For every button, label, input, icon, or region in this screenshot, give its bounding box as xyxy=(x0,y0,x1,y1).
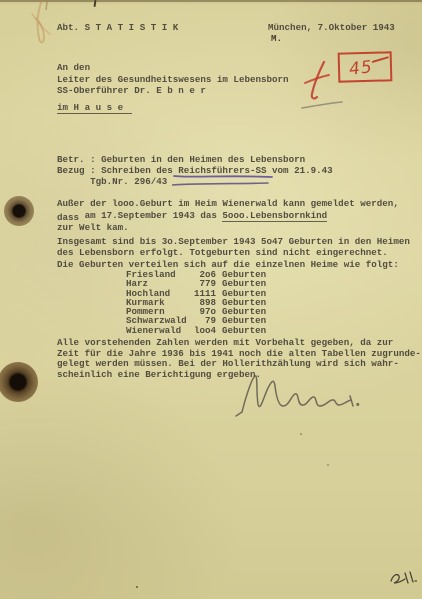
body-p2-line1: Insgesamt sind bis 3o.September 1943 5o4… xyxy=(57,236,410,247)
closing-line1: Alle vorstehenden Zahlen werden mit Vorb… xyxy=(57,337,393,348)
signature xyxy=(228,366,368,422)
recipient-line-4: im H a u s e xyxy=(57,102,132,113)
birth-unit: Geburten xyxy=(222,326,266,335)
paper-speck xyxy=(300,433,302,435)
closing-line2: Zeit für die Jahre 1936 bis 1941 noch di… xyxy=(57,348,421,359)
recipient-line-1: An den xyxy=(57,62,90,73)
births-table: Friesland 2o6 Geburten Harz 779 Geburten… xyxy=(126,270,266,335)
recipient-line-2: Leiter des Gesundheitswesens im Lebensbo… xyxy=(57,74,289,85)
bezug-pre: Bezug : Schreiben des xyxy=(57,165,178,176)
body-p1-line2: dass am 17.September 1943 das 5ooo.Leben… xyxy=(57,210,327,221)
red-checkmark-annotation xyxy=(300,60,334,102)
subject-betr-line: Betr. : Geburten in den Heimen des Leben… xyxy=(57,154,305,165)
table-row: Wienerwald loo4 Geburten xyxy=(126,326,266,335)
body-p1-line3: zur Welt kam. xyxy=(57,222,129,233)
body-p1-line1: Außer der looo.Geburt im Heim Wienerwald… xyxy=(57,198,399,209)
department-label: Abt. S T A T I S T I K xyxy=(57,22,178,33)
pencil-line-annotation xyxy=(298,98,344,110)
punch-hole-bottom xyxy=(0,362,38,402)
scanned-letter-page: Abt. S T A T I S T I K München, 7.Oktobe… xyxy=(0,0,422,599)
paper-speck xyxy=(94,0,97,7)
ink-note-annotation xyxy=(388,564,420,592)
stamp-number: 45 xyxy=(348,57,374,80)
punch-hole-top xyxy=(4,196,34,226)
typist-initial: M. xyxy=(271,33,282,44)
subject-tgb-line: Tgb.Nr. 296/43 xyxy=(57,176,167,187)
home-name: Wienerwald xyxy=(126,326,188,335)
recipient-line-3: SS-Oberführer Dr. E b n e r xyxy=(57,85,206,96)
bezug-post: vom 21.9.43 xyxy=(267,165,333,176)
place-date-line: München, 7.Oktober 1943 xyxy=(268,22,395,33)
body-p2-line2: des Lebensborn erfolgt. Totgeburten sind… xyxy=(57,247,388,258)
archive-number-stamp: 45 xyxy=(338,51,393,82)
birth-count: loo4 xyxy=(188,326,216,335)
stamp-number-writing: 45 xyxy=(340,53,391,80)
purple-underline-annotation xyxy=(172,170,276,190)
paper-speck xyxy=(327,464,329,466)
lebensbornkind-underlined: 5ooo.Lebensbornkind xyxy=(222,210,327,222)
paper-speck xyxy=(136,586,138,588)
p1-line2-mid: am 17.September 1943 das xyxy=(79,210,222,221)
im-hause-underlined: im H a u s e xyxy=(57,102,132,114)
